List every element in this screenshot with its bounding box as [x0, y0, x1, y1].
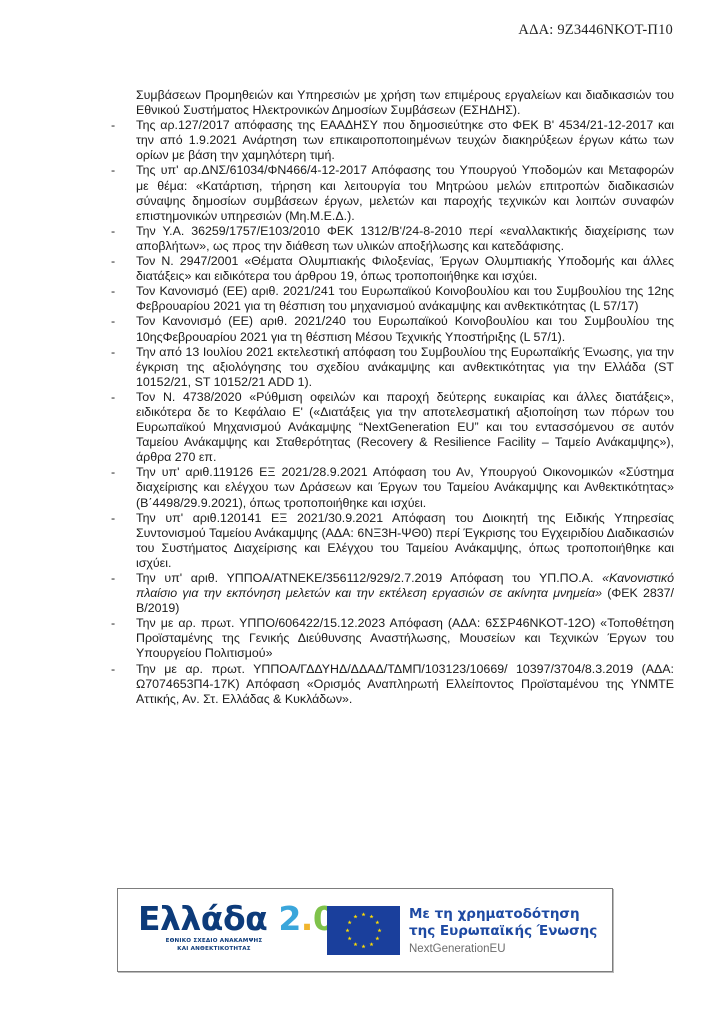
greece-2-0-wordmark: Ελλάδα 2.0	[138, 901, 290, 937]
bullet-dash: -	[111, 284, 115, 299]
list-item: -Της υπ' αρ.ΔΝΣ/61034/ΦΝ466/4-12-2017 Απ…	[100, 163, 674, 223]
logo-word: Ελλάδα	[138, 899, 267, 938]
continuation-paragraph: Συμβάσεων Προμηθειών και Υπηρεσιών με χρ…	[100, 88, 674, 118]
list-item-text: Την από 13 Ιουλίου 2021 εκτελεστική απόφ…	[136, 345, 674, 389]
bullet-dash: -	[111, 163, 115, 178]
list-item-text: Την υπ' αριθ.120141 ΕΞ 2021/30.9.2021 Απ…	[136, 511, 674, 570]
list-item: -Την υπ' αριθ. ΥΠΠΟΑ/ΑΤΝΕΚΕ/356112/929/2…	[100, 571, 674, 616]
eu-funding-text: Με τη χρηματοδότηση της Ευρωπαϊκής Ένωση…	[409, 906, 597, 957]
eu-flag-icon	[327, 906, 400, 955]
bullet-dash: -	[111, 390, 115, 405]
list-item: -Την με αρ. πρωτ. ΥΠΠΟ/606422/15.12.2023…	[100, 616, 674, 661]
next-generation-eu-label: NextGenerationEU	[409, 941, 597, 957]
bullet-dash: -	[111, 511, 115, 526]
list-item-text: Τον Κανονισμό (ΕΕ) αριθ. 2021/240 του Ευ…	[136, 314, 674, 343]
list-item-text: Της υπ' αρ.ΔΝΣ/61034/ΦΝ466/4-12-2017 Από…	[136, 163, 674, 222]
eu-funding-line-2: της Ευρωπαϊκής Ένωσης	[409, 923, 597, 940]
list-item: -Τον Κανονισμό (ΕΕ) αριθ. 2021/240 του Ε…	[100, 314, 674, 344]
bullet-dash: -	[111, 465, 115, 480]
list-item-text: Την υπ' αριθ. ΥΠΠΟΑ/ΑΤΝΕΚΕ/356112/929/2.…	[136, 571, 602, 585]
bullet-dash: -	[111, 345, 115, 360]
list-item: -Την από 13 Ιουλίου 2021 εκτελεστική από…	[100, 345, 674, 390]
list-item: -Τον Ν. 4738/2020 «Ρύθμιση οφειλών και π…	[100, 390, 674, 465]
list-item: -Τον Κανονισμό (ΕΕ) αριθ. 2021/241 του Ε…	[100, 284, 674, 314]
greece-2-0-logo: Ελλάδα 2.0 ΕΘΝΙΚΟ ΣΧΕΔΙΟ ΑΝΑΚΑΜΨΗΣ ΚΑΙ Α…	[138, 901, 290, 953]
list-item-text: Την με αρ. πρωτ. ΥΠΠΟΑ/ΓΔΔΥΗΔ/ΔΔΑΔ/ΤΔΜΠ/…	[136, 662, 674, 706]
list-item: -Την υπ' αριθ.120141 ΕΞ 2021/30.9.2021 Α…	[100, 511, 674, 571]
list-item-text: Τον Κανονισμό (ΕΕ) αριθ. 2021/241 του Ευ…	[136, 284, 674, 313]
document-body: Συμβάσεων Προμηθειών και Υπηρεσιών με χρ…	[100, 88, 674, 707]
list-item-text: Την με αρ. πρωτ. ΥΠΠΟ/606422/15.12.2023 …	[136, 616, 674, 660]
bullet-dash: -	[111, 254, 115, 269]
bullet-dash: -	[111, 118, 115, 133]
list-item: -Της αρ.127/2017 απόφασης της ΕΑΑΔΗΣΥ πο…	[100, 118, 674, 163]
list-item-text: Την Υ.Α. 36259/1757/Ε103/2010 ΦΕΚ 1312/Β…	[136, 224, 674, 253]
logo-dot: .	[301, 899, 313, 938]
bullet-dash: -	[111, 662, 115, 677]
list-item-text: Την υπ' αριθ.119126 ΕΞ 2021/28.9.2021 Απ…	[136, 465, 674, 509]
bullet-dash: -	[111, 224, 115, 239]
eu-funding-line-1: Με τη χρηματοδότηση	[409, 906, 597, 923]
bullet-dash: -	[111, 616, 115, 631]
list-item-text: Τον Ν. 2947/2001 «Θέματα Ολυμπιακής Φιλο…	[136, 254, 674, 283]
list-item-text: Τον Ν. 4738/2020 «Ρύθμιση οφειλών και πα…	[136, 390, 674, 464]
document-ada-code: ΑΔΑ: 9Ζ3446ΝΚΟΤ-Π10	[518, 22, 673, 39]
list-item: -Την Υ.Α. 36259/1757/Ε103/2010 ΦΕΚ 1312/…	[100, 224, 674, 254]
list-item-text: Της αρ.127/2017 απόφασης της ΕΑΑΔΗΣΥ που…	[136, 118, 674, 162]
greece-logo-subtitle-1: ΕΘΝΙΚΟ ΣΧΕΔΙΟ ΑΝΑΚΑΜΨΗΣ	[138, 938, 290, 945]
greece-logo-subtitle-2: ΚΑΙ ΑΝΘΕΚΤΙΚΟΤΗΤΑΣ	[138, 946, 290, 953]
list-item: -Την με αρ. πρωτ. ΥΠΠΟΑ/ΓΔΔΥΗΔ/ΔΔΑΔ/ΤΔΜΠ…	[100, 662, 674, 707]
logo-two: 2	[278, 899, 300, 938]
list-item: -Τον Ν. 2947/2001 «Θέματα Ολυμπιακής Φιλ…	[100, 254, 674, 284]
bullet-dash: -	[111, 314, 115, 329]
funding-logos-footer: Ελλάδα 2.0 ΕΘΝΙΚΟ ΣΧΕΔΙΟ ΑΝΑΚΑΜΨΗΣ ΚΑΙ Α…	[117, 888, 613, 972]
bullet-dash: -	[111, 571, 115, 586]
list-item: -Την υπ' αριθ.119126 ΕΞ 2021/28.9.2021 Α…	[100, 465, 674, 510]
